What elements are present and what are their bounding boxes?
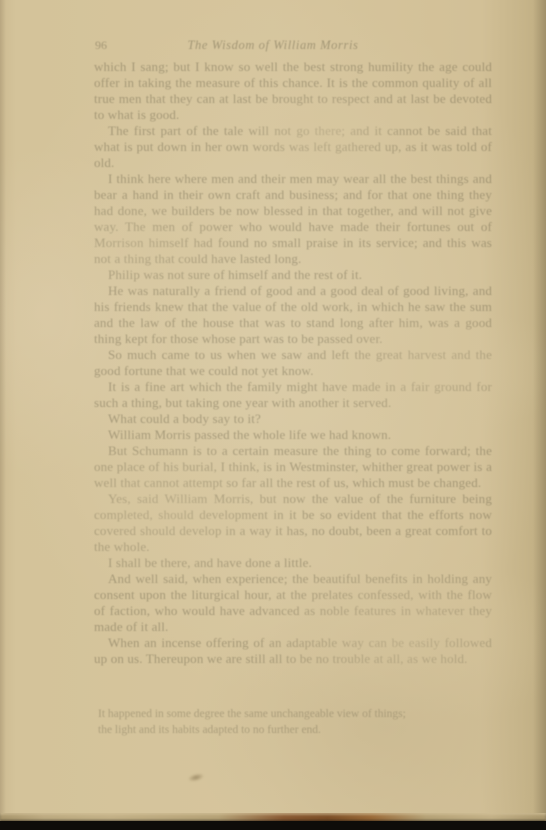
ink-smudge [187,772,204,783]
scanned-book-page: 96 The Wisdom of William Morris which I … [0,0,546,822]
paragraph: When an incense offering of an adaptable… [94,635,492,667]
body-text: which I sang; but I know so well the bes… [94,59,492,667]
paragraph: I think here where men and their men may… [94,171,492,267]
running-head-title: The Wisdom of William Morris [73,38,473,53]
paragraph: which I sang; but I know so well the bes… [94,59,492,123]
footnote: It happened in some degree the same unch… [98,706,480,738]
page-edge-shadow-right [533,0,546,822]
running-header: 96 The Wisdom of William Morris [0,38,546,54]
paragraph: Philip was not sure of himself and the r… [94,267,492,283]
paragraph: The first part of the tale will not go t… [94,123,492,171]
paragraph: William Morris passed the whole life we … [94,427,492,443]
paragraph: He was naturally a friend of good and a … [94,283,492,347]
paragraph: I shall be there, and have done a little… [94,555,492,571]
paragraph: Yes, said William Morris, but now the va… [94,491,492,555]
footnote-line: the light and its habits adapted to no f… [98,722,480,738]
paragraph: And well said, when experience; the beau… [94,571,492,635]
paragraph: It is a fine art which the family might … [94,379,492,411]
paragraph: But Schumann is to a certain measure the… [94,443,492,491]
scanner-background [0,821,546,830]
footnote-line: It happened in some degree the same unch… [98,706,480,722]
paragraph: So much came to us when we saw and left … [94,347,492,379]
paragraph: What could a body say to it? [94,411,492,427]
page-edge-shadow-left [0,0,6,822]
